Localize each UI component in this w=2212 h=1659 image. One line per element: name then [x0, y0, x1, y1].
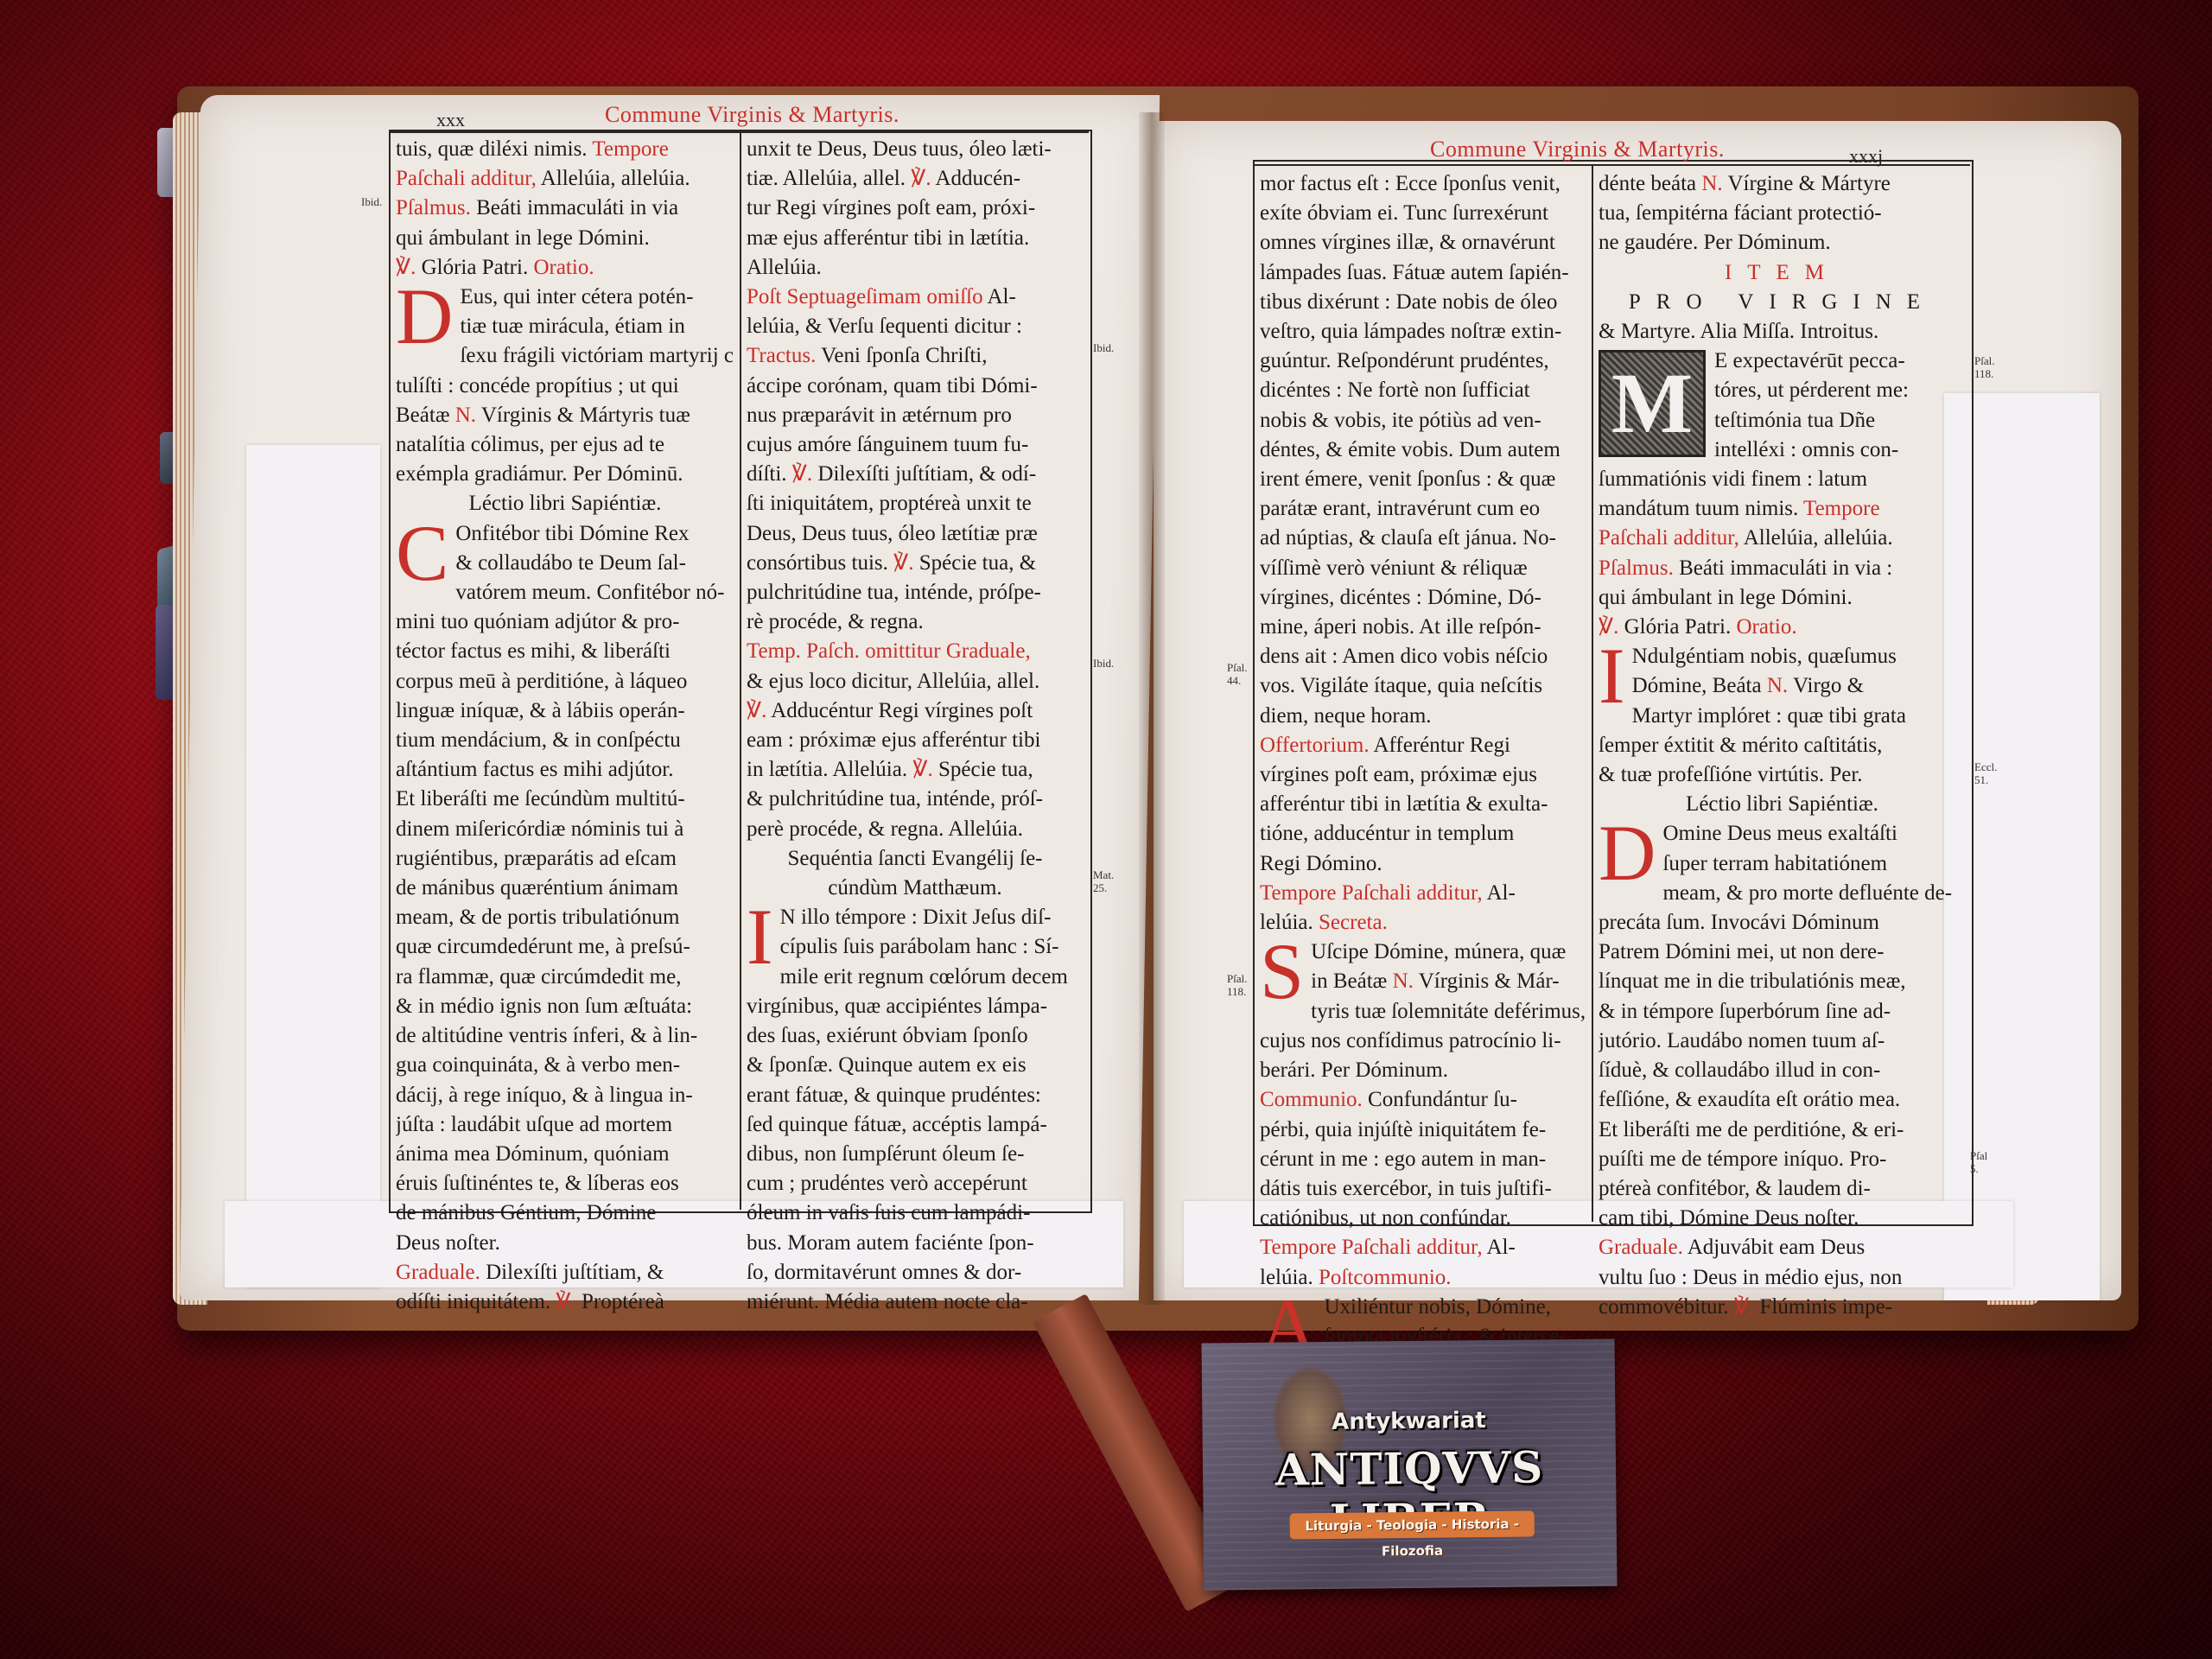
text-line: Ndulgéntiam nobis, quæſumus [1632, 642, 1966, 671]
text-line: dibus, non ſumpſérunt óleum ſe- [747, 1140, 1084, 1169]
text-line: Deus, Deus tuus, óleo lætítiæ præ [747, 519, 1084, 549]
text-line: teſtimónia tua Dñe [1714, 406, 1966, 435]
paper-slip-left [246, 445, 380, 1287]
text-line: Graduale. Dilexíſti juſtítiam, & [396, 1258, 734, 1287]
margin-note: Pſal. 118. [1974, 354, 2000, 380]
text-line: & ejus loco dicitur, Allelúia, allel. [747, 667, 1084, 696]
text-line: E expectavérūt pecca- [1714, 346, 1966, 376]
text-line: dácij, à rege iníquo, & à lingua in- [396, 1081, 734, 1110]
text-line: dinem miſericórdiæ nóminis tui à [396, 815, 734, 844]
text-line: cum ; prudéntes verò accepérunt [747, 1169, 1084, 1198]
text-line: exíte óbviam ei. Tunc ſurrexérunt [1260, 199, 1586, 228]
drop-cap-initial: D [1599, 823, 1656, 883]
text-line: Dómine, Beáta N. Virgo & [1632, 671, 1966, 701]
text-line: meam, & pro morte defluénte de- [1662, 879, 1966, 908]
text-line: mandátum tuum nimis. Tempore [1599, 494, 1966, 524]
text-line: mæ ejus afferéntur tibi in lætítia. [747, 224, 1084, 253]
text-line: cípulis ſuis parábolam hanc : Sí- [780, 932, 1084, 962]
text-line: PRO VIRGINE [1599, 288, 1966, 317]
text-line: & ſponſæ. Quinque autem ex eis [747, 1051, 1084, 1080]
text-line: ne gaudére. Per Dóminum. [1599, 228, 1966, 257]
text-line: mine, áperi nobis. At ille reſpón- [1260, 613, 1586, 642]
text-line: puíſti me de témpore iníquo. Pro- [1599, 1145, 1966, 1174]
text-line: intelléxi : omnis con- [1714, 435, 1966, 465]
text-line: veſtro, quia lámpades noſtræ extin- [1260, 317, 1586, 346]
text-line: feſſióne, & exaudíta eſt orátio mea. [1599, 1085, 1966, 1115]
text-line: Uxiliéntur nobis, Dómine, [1324, 1293, 1586, 1322]
text-line: tua, ſempitérna fáciant protectió- [1599, 199, 1966, 228]
text-line: qui ámbulant in lege Dómini. [1599, 583, 1966, 613]
text-line: commovébitur. ℣. Flúminis impe- [1599, 1293, 1966, 1322]
text-line: lámpades ſuas. Fátuæ autem ſapién- [1260, 258, 1586, 288]
text-line: tulíſti : concéde propítius ; ut qui [396, 372, 734, 401]
text-line: Martyr implóret : quæ tibi grata [1632, 702, 1966, 731]
text-line: ſti iniquitátem, proptéreà unxit te [747, 489, 1084, 518]
left-column-rule [740, 131, 741, 1210]
text-line: Allelúia. [747, 253, 1084, 283]
text-line: ℣. Adducéntur Regi vírgines poſt [747, 696, 1084, 726]
text-line: & in médio ignis non ſum æſtuáta: [396, 992, 734, 1021]
margin-note: Pſal. 44. [1227, 661, 1253, 687]
text-line: unxit te Deus, Deus tuus, óleo læti- [747, 135, 1084, 164]
text-line: perè procéde, & regna. Allelúia. [747, 815, 1084, 844]
text-line: Deus noſter. [396, 1229, 734, 1258]
text-line: mile erit regnum cœlórum decem [780, 963, 1084, 992]
text-line: vírgines poſt eam, próximæ ejus [1260, 760, 1586, 790]
text-line: de altitúdine ventris ínferi, & à lin- [396, 1021, 734, 1051]
card-subtitle: Antykwariat [1202, 1407, 1615, 1437]
text-line: in Beátæ N. Vírginis & Már- [1311, 967, 1586, 996]
text-line: ſemper éxtitit & mérito caſtitátis, [1599, 731, 1966, 760]
text-line: ánima mea Dóminum, quóniam [396, 1140, 734, 1169]
text-line: línquat me in die tribulatiónis meæ, [1599, 967, 1966, 996]
text-line: virgínibus, quæ accipiéntes lámpa- [747, 992, 1084, 1021]
text-line: jutório. Laudábo nomen tuum aſ- [1599, 1027, 1966, 1056]
card-tags: Liturgia - Teologia - Historia - Filozof… [1290, 1510, 1535, 1539]
text-line: ſo, dormitavérunt omnes & dor- [747, 1258, 1084, 1287]
text-line: gua coinquináta, & à verbo men- [396, 1051, 734, 1080]
left-running-head: Commune Virginis & Martyris. [605, 102, 899, 128]
right-head-rule [1253, 164, 1970, 166]
text-line: Pſalmus. Beáti immaculáti in via [396, 194, 734, 223]
text-line: vatórem meum. Confitébor nó- [455, 578, 734, 607]
text-line: linguæ iníquæ, & à lábiis operán- [396, 696, 734, 726]
margin-note: Mat. 25. [1093, 868, 1119, 894]
text-line: Paſchali additur, Allelúia, allelúia. [1599, 524, 1966, 553]
right-page-column-1: mor factus eſt : Ecce ſponſus venit,exít… [1260, 169, 1586, 1357]
drop-cap-initial: S [1260, 941, 1304, 1001]
text-line: Onfitébor tibi Dómine Rex [455, 519, 734, 549]
text-line: qui ámbulant in lege Dómini. [396, 224, 734, 253]
text-line: vírgines, dicéntes : Dómine, Dó- [1260, 583, 1586, 613]
text-line: erant fátuæ, & quinque prudéntes: [747, 1081, 1084, 1110]
text-line: tium mendácium, & in conſpéctu [396, 726, 734, 755]
bookseller-card: Antykwariat ANTIQVVS LIBER Liturgia - Te… [1202, 1339, 1618, 1591]
margin-note: Ibid. [1093, 341, 1114, 354]
text-line: N illo témpore : Dixit Jeſus diſ- [780, 903, 1084, 932]
text-line: precáta ſum. Invocávi Dóminum [1599, 908, 1966, 938]
text-line: tóres, ut pérderent me: [1714, 376, 1966, 405]
text-line: Et liberáſti me ſecúndùm multitú- [396, 785, 734, 814]
text-line: lelúia. Secreta. [1260, 908, 1586, 938]
text-line: déntes, & émite vobis. Dum autem [1260, 435, 1586, 465]
text-line: ſíduè, & collaudábo illud in con- [1599, 1056, 1966, 1085]
left-folio: xxx [436, 109, 465, 131]
text-line: quæ circumdedérunt me, à preſsú- [396, 932, 734, 962]
text-line: ſed quinque fátuæ, accéptis lampá- [747, 1110, 1084, 1140]
text-line: díſti. ℣. Dilexíſti juſtítiam, & odí- [747, 460, 1084, 489]
text-line: Communio. Confundántur ſu- [1260, 1085, 1586, 1115]
text-line: cujus nos confídimus patrocínio li- [1260, 1027, 1586, 1056]
text-line: pérbi, quia injúſtè iniquitátem fe- [1260, 1116, 1586, 1145]
text-line: lelúia. Poſtcommunio. [1260, 1263, 1586, 1293]
text-line: consórtibus tuis. ℣. Spécie tua, & [747, 549, 1084, 578]
text-line: Paſchali additur, Allelúia, allelúia. [396, 164, 734, 194]
margin-note: Ibid. [361, 195, 382, 208]
text-line: éruis ſuſtinéntes te, & líberas eos [396, 1169, 734, 1198]
text-line: tyris tuæ ſolemnitáte deférimus, [1311, 997, 1586, 1027]
text-line: ℣. Glória Patri. Oratio. [396, 253, 734, 283]
drop-cap-initial: D [396, 286, 453, 346]
text-line: parátæ erant, intravérunt cum eo [1260, 494, 1586, 524]
text-line: afferéntur tibi in lætítia & exulta- [1260, 790, 1586, 819]
text-line: mini tuo quóniam adjútor & pro- [396, 607, 734, 637]
text-line: cúndùm Matthæum. [747, 874, 1084, 903]
text-line: Offertorium. Afferéntur Regi [1260, 731, 1586, 760]
text-line: & in témpore ſuperbórum ſine ad- [1599, 997, 1966, 1027]
text-line: Regi Dómino. [1260, 849, 1586, 879]
text-line: ſexu frágili victóriam martyrij cō- [460, 341, 734, 371]
text-line: rugiéntibus, præparátis ad eſcam [396, 844, 734, 874]
text-line: vultu ſuo : Deus in médio ejus, non [1599, 1263, 1966, 1293]
text-line: bus. Moram autem faciénte ſpon- [747, 1229, 1084, 1258]
text-line: cujus amóre ſánguinem tuum fu- [747, 430, 1084, 460]
drop-cap-initial: I [1599, 645, 1625, 706]
text-line: Eus, qui inter cétera potén- [460, 283, 734, 312]
text-line: júſta : laudábit uſque ad mortem [396, 1110, 734, 1140]
margin-note: Pſal 5. [1970, 1149, 1996, 1175]
text-line: Tractus. Veni ſponſa Chriſti, [747, 341, 1084, 371]
text-line: odíſti iniquitátem. ℣. Proptéreà [396, 1287, 734, 1317]
text-line: dénte beáta N. Vírgine & Mártyre [1599, 169, 1966, 199]
text-line: óleum in vaſis ſuis cum lampádi- [747, 1198, 1084, 1228]
text-line: ad núptias, & clauſa eſt jánua. No- [1260, 524, 1586, 553]
text-line: tiæ tuæ mirácula, étiam in [460, 312, 734, 341]
text-line: & Martyre. Alia Miſſa. Introitus. [1599, 317, 1966, 346]
drop-cap-initial: I [747, 906, 773, 967]
margin-note: Ibid. [1093, 657, 1114, 670]
text-line: meam, & de portis tribulatiónum [396, 903, 734, 932]
text-line: rè procéde, & regna. [747, 607, 1084, 637]
text-line: nus præparávit in ætérnum pro [747, 401, 1084, 430]
drop-cap-initial: C [396, 523, 448, 583]
text-line: tiæ. Allelúia, allel. ℣. Adducén- [747, 164, 1084, 194]
right-running-head: Commune Virginis & Martyris. [1430, 137, 1725, 162]
text-line: irent émere, venit ſponſus : & quæ [1260, 465, 1586, 494]
text-line: tióne, adducéntur in templum [1260, 819, 1586, 849]
text-line: in lætítia. Allelúia. ℣. Spécie tua, [747, 755, 1084, 785]
text-line: tibus dixérunt : Date nobis de óleo [1260, 288, 1586, 317]
text-line: catiónibus, ut non confúndar. [1260, 1204, 1586, 1233]
text-line: ſummatiónis vidi finem : latum [1599, 465, 1966, 494]
text-line: des ſuas, exiérunt óbviam ſponſo [747, 1021, 1084, 1051]
text-line: dátis tuis exercébor, in tuis juſtifi- [1260, 1174, 1586, 1204]
text-line: víſſimè verò véniunt & réliquæ [1260, 554, 1586, 583]
text-line: exémpla gradiámur. Per Dóminū. [396, 460, 734, 489]
text-line: ℣. Glória Patri. Oratio. [1599, 613, 1966, 642]
text-line: Poſt Septuageſimam omiſſo Al- [747, 283, 1084, 312]
text-line: dicéntes : Ne fortè non ſufficiat [1260, 376, 1586, 405]
text-line: mor factus eſt : Ecce ſponſus venit, [1260, 169, 1586, 199]
text-line: Patrem Dómini mei, ut non dere- [1599, 938, 1966, 967]
text-line: & collaudábo te Deum ſal- [455, 549, 734, 578]
text-line: corpus meū à perditióne, à láqueo [396, 667, 734, 696]
text-line: Omine Deus meus exaltáſti [1662, 819, 1966, 849]
woodcut-initial: M [1599, 350, 1706, 457]
text-line: Graduale. Adjuvábit eam Deus [1599, 1233, 1966, 1262]
text-line: Sequéntia ſancti Evangélij ſe- [747, 844, 1084, 874]
text-line: de mánibus quæréntium ánimam [396, 874, 734, 903]
right-page-column-2: dénte beáta N. Vírgine & Mártyretua, ſem… [1599, 169, 1966, 1322]
text-line: diem, neque horam. [1260, 702, 1586, 731]
text-line: guúntur. Reſpondérunt prudéntes, [1260, 346, 1586, 376]
text-line: miérunt. Média autem nocte cla- [747, 1287, 1084, 1317]
text-line: pulchritúdine tua, inténde, próſpe- [747, 578, 1084, 607]
text-line: cam tibi, Dómine Deus noſter. [1599, 1204, 1966, 1233]
text-line: Tempore Paſchali additur, Al- [1260, 879, 1586, 908]
text-line: & tuæ profeſſióne virtútis. Per. [1599, 760, 1966, 790]
left-page-column-1: tuis, quæ diléxi nimis. TemporePaſchali … [396, 135, 734, 1317]
right-column-rule [1592, 166, 1593, 1222]
text-line: berári. Per Dóminum. [1260, 1056, 1586, 1085]
text-line: nobis & vobis, ite pótiùs ad ven- [1260, 406, 1586, 435]
text-line: téctor factus es mihi, & liberáſti [396, 637, 734, 666]
text-line: ra flammæ, quæ circúmdedit me, [396, 963, 734, 992]
text-line: Pſalmus. Beáti immaculáti in via : [1599, 554, 1966, 583]
text-line: aſtántium factus es mihi adjútor. [396, 755, 734, 785]
margin-note: Eccl. 51. [1974, 760, 2000, 786]
left-page-column-2: unxit te Deus, Deus tuus, óleo læti-tiæ.… [747, 135, 1084, 1317]
text-line: dens ait : Amen dico vobis néſcio [1260, 642, 1586, 671]
text-line: eam : próximæ ejus afferéntur tibi [747, 726, 1084, 755]
text-line: Et liberáſti me de perditióne, & eri- [1599, 1116, 1966, 1145]
left-head-rule [389, 131, 1089, 133]
book-gutter [1139, 112, 1165, 1305]
text-line: Uſcipe Dómine, múnera, quæ [1311, 938, 1586, 967]
text-line: tuis, quæ diléxi nimis. Tempore [396, 135, 734, 164]
text-line: áccipe corónam, quam tibi Dómi- [747, 372, 1084, 401]
text-line: ſuper terram habitatiónem [1662, 849, 1966, 879]
text-line: ptéreà confitébor, & laudem di- [1599, 1174, 1966, 1204]
text-line: & pulchritúdine tua, inténde, próſ- [747, 785, 1084, 814]
text-line: Temp. Paſch. omittitur Graduale, [747, 637, 1084, 666]
text-line: lelúia, & Verſu ſequenti dicitur : [747, 312, 1084, 341]
text-line: de mánibus Géntium, Dómine [396, 1198, 734, 1228]
text-line: ITEM [1599, 258, 1966, 288]
text-line: vos. Vigiláte ítaque, quia neſcítis [1260, 671, 1586, 701]
text-line: natalítia cólimus, per ejus ad te [396, 430, 734, 460]
text-line: omnes vírgines illæ, & ornavérunt [1260, 228, 1586, 257]
text-line: Tempore Paſchali additur, Al- [1260, 1233, 1586, 1262]
text-line: tur Regi vírgines poſt eam, próxi- [747, 194, 1084, 223]
text-line: Beátæ N. Vírginis & Mártyris tuæ [396, 401, 734, 430]
text-line: cérunt in me : ego autem in man- [1260, 1145, 1586, 1174]
margin-note: Pſal. 118. [1227, 972, 1253, 998]
